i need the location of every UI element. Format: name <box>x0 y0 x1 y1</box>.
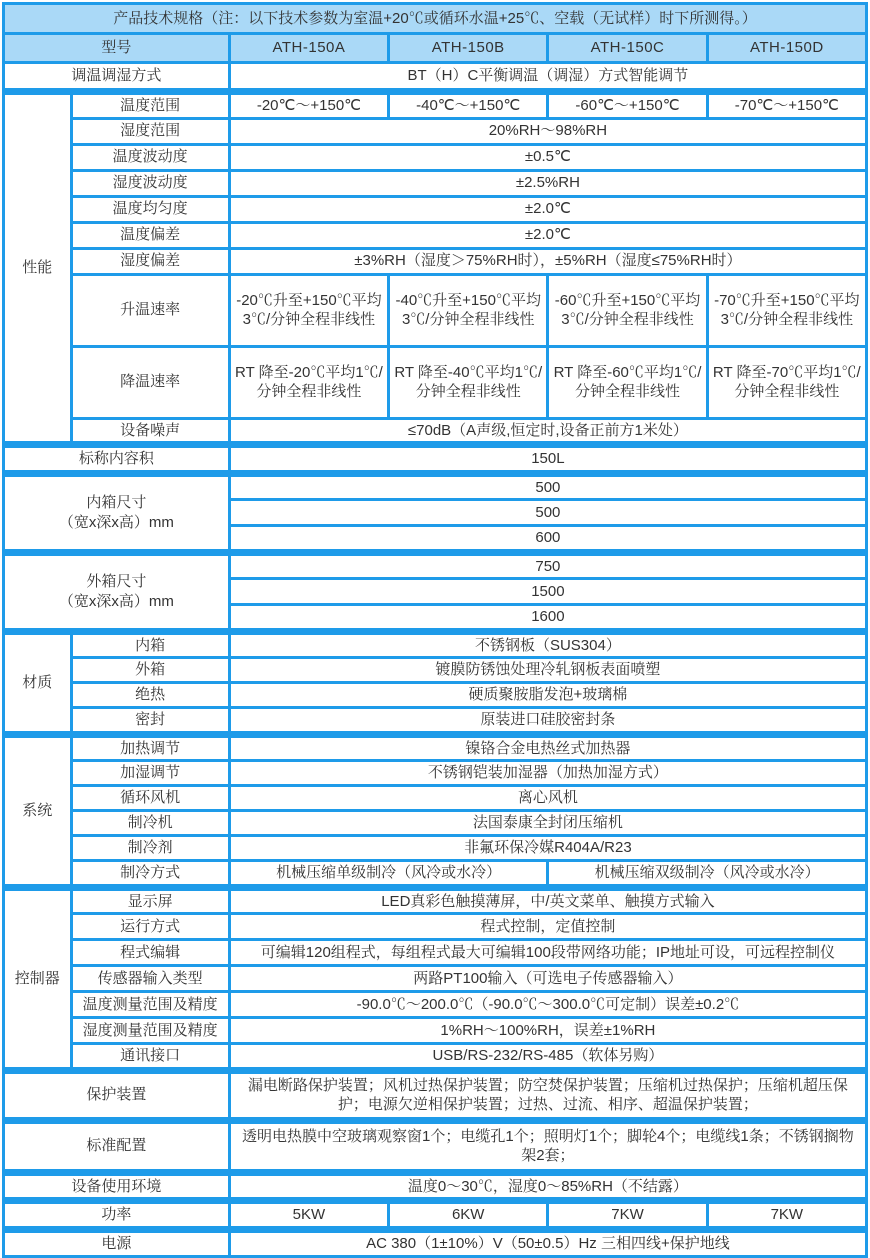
standard-config-value: 透明电热膜中空玻璃观察窗1个；电缆孔1个；照明灯1个；脚轮4个；电缆线1条；不锈… <box>229 1120 866 1172</box>
row-label-temp-deviation: 温度偏差 <box>71 222 229 248</box>
row-label-volume: 标称内容积 <box>4 445 230 474</box>
row-label-temp-measure-range: 温度测量范围及精度 <box>71 992 229 1018</box>
temp-deviation-value: ±2.0℃ <box>229 222 866 248</box>
model-name-ath150a: ATH-150A <box>229 34 388 63</box>
row-label-humidity-fluctuation: 湿度波动度 <box>71 170 229 196</box>
protection-value: 漏电断路保护装置；风机过热保护装置；防空焚保护装置；压缩机过热保护；压缩机超压保… <box>229 1070 866 1120</box>
humidifying-value: 不锈钢铠装加湿器（加热加湿方式） <box>229 761 866 786</box>
cooldown-rate-value-d: RT 降至-70℃平均1℃/分钟全程非线性 <box>707 346 866 418</box>
outer-size-width: 750 <box>229 552 866 579</box>
humidity-fluctuation-value: ±2.5%RH <box>229 170 866 196</box>
cooldown-rate-value-a: RT 降至-20℃平均1℃/分钟全程非线性 <box>229 346 388 418</box>
outer-size-height: 1600 <box>229 605 866 632</box>
heatup-rate-value-c: -60℃升至+150℃平均3℃/分钟全程非线性 <box>548 274 707 346</box>
row-label-comm-interface: 通讯接口 <box>71 1044 229 1071</box>
row-label-heatup-rate: 升温速率 <box>71 274 229 346</box>
insulation-value: 硬质聚胺脂发泡+玻璃棉 <box>229 683 866 708</box>
sensor-input-value: 两路PT100输入（可选电子传感器输入） <box>229 966 866 992</box>
row-label-run-mode: 运行方式 <box>71 914 229 940</box>
spec-sheet-page: 产品技术规格（注：以下技术参数为室温+20℃或循环水温+25℃、空载（无试样）时… <box>0 0 870 1230</box>
run-mode-value: 程式控制，定值控制 <box>229 914 866 940</box>
row-label-temp-uniformity: 温度均匀度 <box>71 196 229 222</box>
row-label-outer-box: 外箱 <box>71 658 229 683</box>
humidity-range-value: 20%RH～98%RH <box>229 118 866 144</box>
power-value-c: 7KW <box>548 1201 707 1230</box>
outer-box-value: 镀膜防锈蚀处理冷轧钢板表面喷塑 <box>229 658 866 683</box>
cooling-mode-single-stage: 机械压缩单级制冷（风冷或水冷） <box>229 861 548 888</box>
model-row-label: 型号 <box>4 34 230 63</box>
refrigerator-value: 法国泰康全封闭压缩机 <box>229 811 866 836</box>
seal-value: 原装进口硅胶密封条 <box>229 708 866 735</box>
display-value: LED真彩色触摸薄屏，中/英文菜单、触摸方式输入 <box>229 887 866 914</box>
row-label-supply: 电源 <box>4 1229 230 1256</box>
row-label-humidity-range: 湿度范围 <box>71 118 229 144</box>
inner-size-height: 600 <box>229 526 866 553</box>
spec-table: 产品技术规格（注：以下技术参数为室温+20℃或循环水温+25℃、空载（无试样）时… <box>2 2 868 1258</box>
row-label-seal: 密封 <box>71 708 229 735</box>
row-label-outer-size: 外箱尺寸 （宽x深x高）mm <box>4 552 230 631</box>
circulation-fan-value: 离心风机 <box>229 786 866 811</box>
row-label-noise: 设备噪声 <box>71 418 229 445</box>
cooling-mode-double-stage: 机械压缩双级制冷（风冷或水冷） <box>548 861 867 888</box>
temp-range-value-d: -70℃～+150℃ <box>707 92 866 119</box>
temp-range-value-b: -40℃～+150℃ <box>389 92 548 119</box>
row-label-insulation: 绝热 <box>71 683 229 708</box>
mode-row-label: 调温调湿方式 <box>4 63 230 92</box>
heatup-rate-value-b: -40℃升至+150℃平均3℃/分钟全程非线性 <box>389 274 548 346</box>
heating-value: 镍铬合金电热丝式加热器 <box>229 734 866 761</box>
row-label-temp-range: 温度范围 <box>71 92 229 119</box>
heatup-rate-value-a: -20℃升至+150℃平均3℃/分钟全程非线性 <box>229 274 388 346</box>
row-label-sensor-input: 传感器输入类型 <box>71 966 229 992</box>
row-label-program-edit: 程式编辑 <box>71 940 229 966</box>
temp-uniformity-value: ±2.0℃ <box>229 196 866 222</box>
temp-measure-range-value: -90.0℃～200.0℃（-90.0℃～300.0℃可定制）误差±0.2℃ <box>229 992 866 1018</box>
inner-box-value: 不锈钢板（SUS304） <box>229 631 866 658</box>
comm-interface-value: USB/RS-232/RS-485（软体另购） <box>229 1044 866 1071</box>
model-name-ath150d: ATH-150D <box>707 34 866 63</box>
table-title: 产品技术规格（注：以下技术参数为室温+20℃或循环水温+25℃、空载（无试样）时… <box>4 4 867 34</box>
row-label-protection: 保护装置 <box>4 1070 230 1120</box>
humidity-measure-range-value: 1%RH～100%RH，误差±1%RH <box>229 1018 866 1044</box>
row-label-environment: 设备使用环境 <box>4 1172 230 1201</box>
temp-range-value-c: -60℃～+150℃ <box>548 92 707 119</box>
row-label-inner-box: 内箱 <box>71 631 229 658</box>
group-label-performance: 性能 <box>4 92 72 445</box>
noise-value: ≤70dB（A声级,恒定时,设备正前方1米处） <box>229 418 866 445</box>
row-label-display: 显示屏 <box>71 887 229 914</box>
row-label-power: 功率 <box>4 1201 230 1230</box>
outer-size-depth: 1500 <box>229 579 866 605</box>
supply-value: AC 380（1±10%）V（50±0.5）Hz 三相四线+保护地线 <box>229 1229 866 1256</box>
volume-value: 150L <box>229 445 866 474</box>
temp-range-value-a: -20℃～+150℃ <box>229 92 388 119</box>
model-name-ath150c: ATH-150C <box>548 34 707 63</box>
environment-value: 温度0～30℃，湿度0～85%RH（不结露） <box>229 1172 866 1201</box>
row-label-inner-size: 内箱尺寸 （宽x深x高）mm <box>4 473 230 552</box>
mode-row-value: BT（H）C平衡调温（调湿）方式智能调节 <box>229 63 866 92</box>
row-label-temp-fluctuation: 温度波动度 <box>71 144 229 170</box>
row-label-humidifying: 加湿调节 <box>71 761 229 786</box>
power-value-d: 7KW <box>707 1201 866 1230</box>
model-name-ath150b: ATH-150B <box>389 34 548 63</box>
row-label-cooling-mode: 制冷方式 <box>71 861 229 888</box>
cooldown-rate-value-c: RT 降至-60℃平均1℃/分钟全程非线性 <box>548 346 707 418</box>
temp-fluctuation-value: ±0.5℃ <box>229 144 866 170</box>
program-edit-value: 可编辑120组程式，每组程式最大可编辑100段带网络功能；IP地址可设，可远程控… <box>229 940 866 966</box>
row-label-refrigerator: 制冷机 <box>71 811 229 836</box>
power-value-a: 5KW <box>229 1201 388 1230</box>
row-label-circulation-fan: 循环风机 <box>71 786 229 811</box>
group-label-system: 系统 <box>4 734 72 887</box>
power-value-b: 6KW <box>389 1201 548 1230</box>
refrigerant-value: 非氟环保冷媒R404A/R23 <box>229 836 866 861</box>
inner-size-width: 500 <box>229 473 866 500</box>
cooldown-rate-value-b: RT 降至-40℃平均1℃/分钟全程非线性 <box>389 346 548 418</box>
row-label-refrigerant: 制冷剂 <box>71 836 229 861</box>
group-label-controller: 控制器 <box>4 887 72 1070</box>
row-label-heating: 加热调节 <box>71 734 229 761</box>
humidity-deviation-value: ±3%RH（湿度＞75%RH时），±5%RH（湿度≤75%RH时） <box>229 248 866 274</box>
heatup-rate-value-d: -70℃升至+150℃平均3℃/分钟全程非线性 <box>707 274 866 346</box>
row-label-cooldown-rate: 降温速率 <box>71 346 229 418</box>
row-label-standard-config: 标准配置 <box>4 1120 230 1172</box>
row-label-humidity-measure-range: 湿度测量范围及精度 <box>71 1018 229 1044</box>
row-label-humidity-deviation: 湿度偏差 <box>71 248 229 274</box>
inner-size-depth: 500 <box>229 500 866 526</box>
group-label-material: 材质 <box>4 631 72 734</box>
